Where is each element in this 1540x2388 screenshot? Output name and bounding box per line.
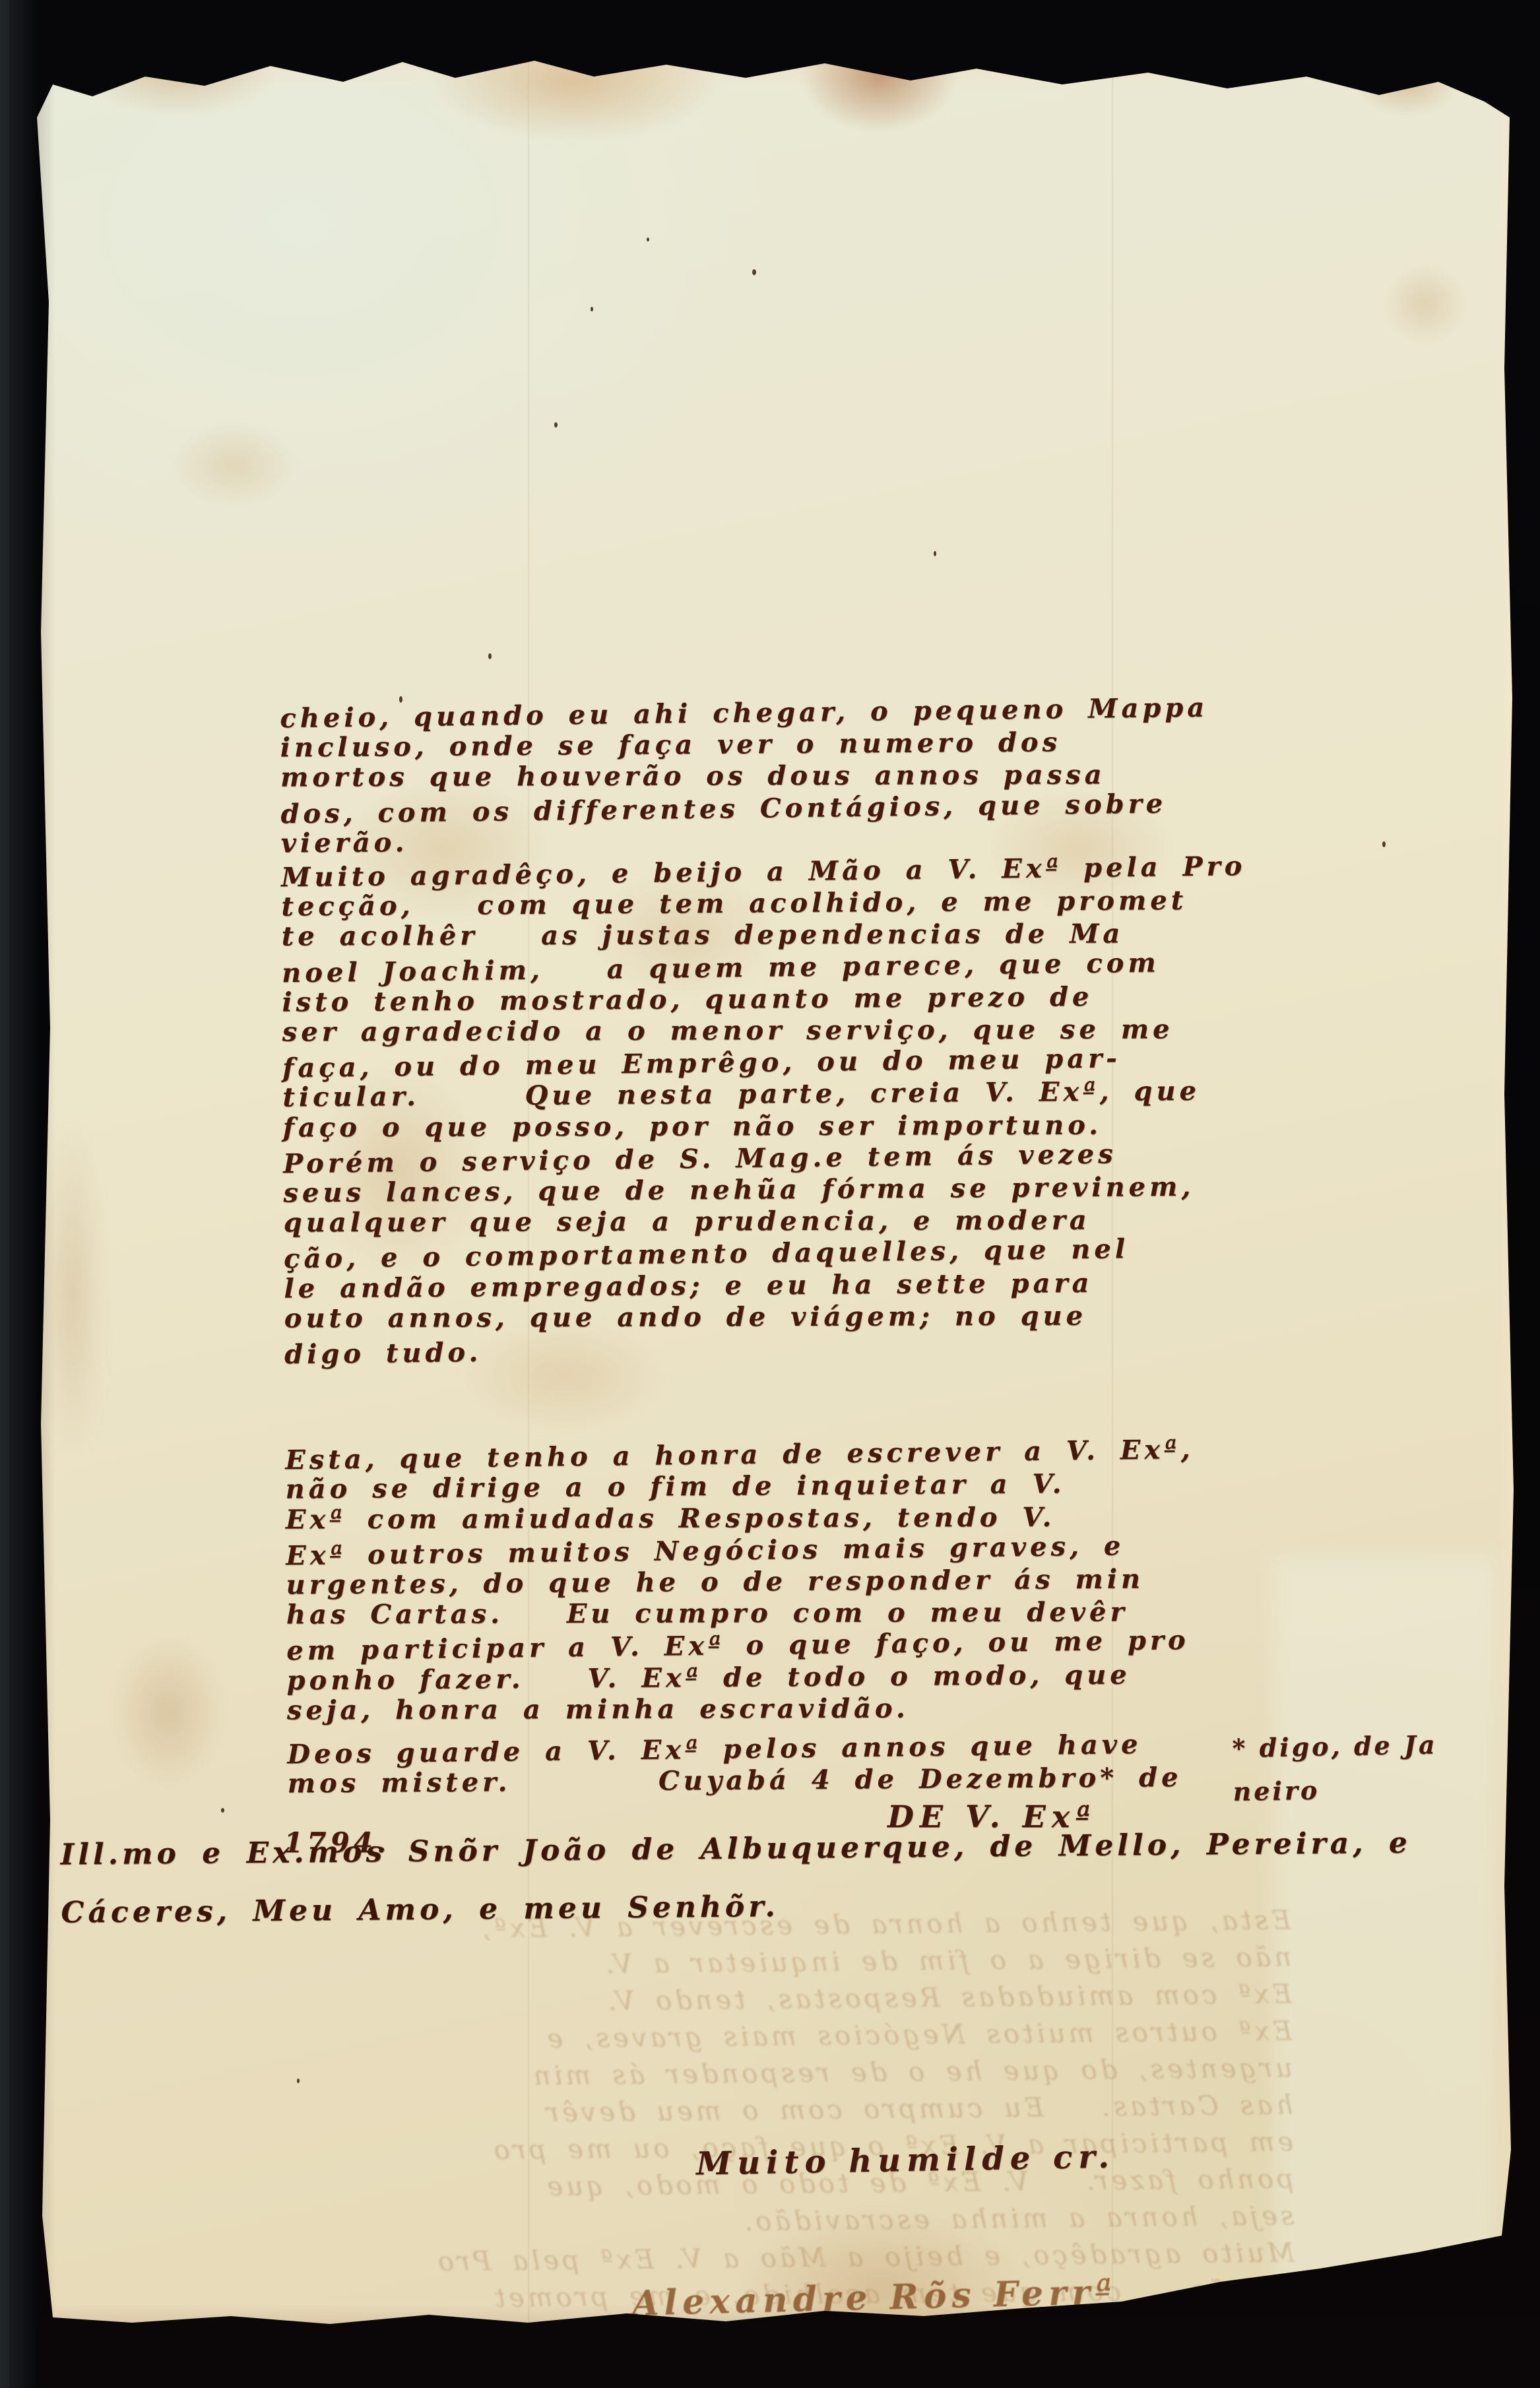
manuscript-line: seja, honra a minha escravidão. [287, 1691, 1316, 1726]
addressee-line: Ill.mo e Ex.mos Snõr João de Albuquerque… [60, 1814, 1486, 1885]
stain [802, 20, 957, 132]
margin-note-line: neiro [1233, 1764, 1540, 1813]
ink-speck [1382, 841, 1386, 847]
paragraph-1: cheio, quando eu ahi chegar, o pequeno M… [280, 694, 1310, 860]
addressee-block: Ill.mo e Ex.mos Snõr João de Albuquerque… [60, 1814, 1486, 1943]
stain [1386, 264, 1465, 343]
stain [79, 30, 277, 116]
ink-speck [647, 238, 649, 242]
closing-paragraph: Deos guarde a V. Exª pelos annos que hav… [287, 1729, 1317, 1800]
ink-speck [221, 1808, 224, 1813]
ink-speck [752, 269, 756, 275]
stain [172, 422, 297, 508]
ink-speck [934, 551, 936, 556]
paragraph-2: Muito agradêço, e beijo a Mão a V. Exª p… [281, 853, 1314, 1369]
letter-body: cheio, quando eu ahi chegar, o pequeno M… [280, 694, 1317, 1800]
ink-speck [554, 422, 558, 428]
paragraph-3: Esta, que tenho a honra de escrever a V.… [285, 1435, 1316, 1729]
valediction: Muito humilde cr. [696, 2138, 1116, 2182]
ink-speck [297, 2079, 300, 2083]
right-edge-highlight [1499, 38, 1516, 2364]
addressee-line: Cáceres, Meu Amo, e meu Senhõr. [61, 1872, 1487, 1943]
photographed-manuscript: Esta, que tenho a honra de escrever a V.… [0, 0, 1540, 2388]
binding-cloth-edge [0, 0, 9, 2388]
margin-note-line: * digo, de Ja [1232, 1720, 1540, 1770]
margin-correction-note: * digo, de Ja neiro [1232, 1720, 1540, 1813]
ink-speck [591, 307, 593, 311]
stain [40, 1122, 106, 1465]
ink-speck [488, 653, 492, 659]
stain [1356, 50, 1458, 116]
stain [429, 22, 719, 141]
letter-page: Esta, que tenho a honra de escrever a V.… [33, 38, 1516, 2364]
stain [112, 1636, 224, 1788]
